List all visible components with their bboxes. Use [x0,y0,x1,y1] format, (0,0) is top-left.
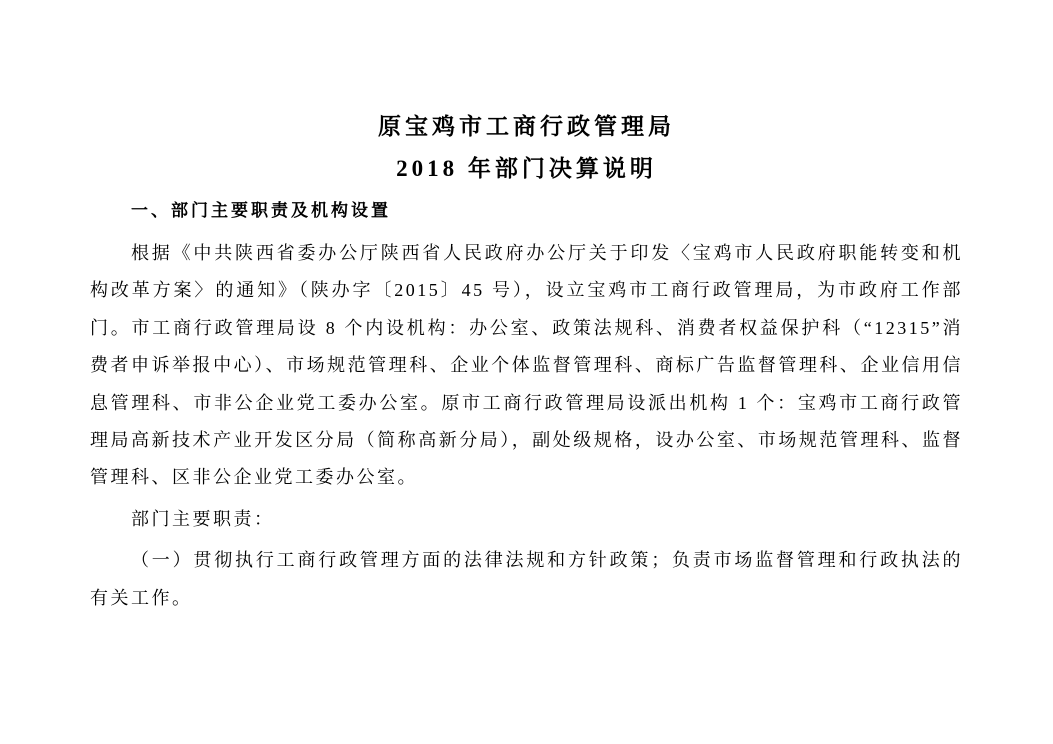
paragraph-duties-label: 部门主要职责： [90,501,963,538]
document-title: 原宝鸡市工商行政管理局 2018 年部门决算说明 [90,0,963,190]
document-title-line-1: 原宝鸡市工商行政管理局 [90,106,963,148]
section-heading-duties-and-structure: 一、部门主要职责及机构设置 [90,192,963,229]
document-title-line-2: 2018 年部门决算说明 [90,148,963,190]
paragraph-duty-item-1: （一）贯彻执行工商行政管理方面的法律法规和方针政策；负责市场监督管理和行政执法的… [90,542,963,617]
document-content: 原宝鸡市工商行政管理局 2018 年部门决算说明 一、部门主要职责及机构设置 根… [90,0,963,617]
paragraph-org-setup: 根据《中共陕西省委办公厅陕西省人民政府办公厅关于印发〈宝鸡市人民政府职能转变和机… [90,235,963,497]
document-page: 原宝鸡市工商行政管理局 2018 年部门决算说明 一、部门主要职责及机构设置 根… [0,0,1053,744]
